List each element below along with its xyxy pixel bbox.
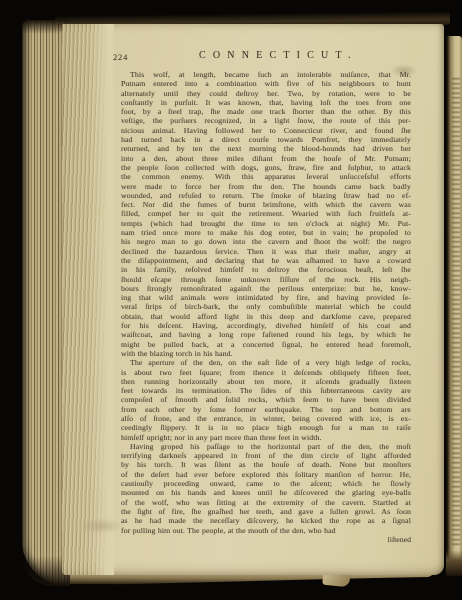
text-line: The aperture of the den, on the eaſt ſid… bbox=[121, 358, 411, 367]
text-line: Putnam entered into a combination with f… bbox=[121, 79, 411, 88]
text-line: This wolf, at length, became ſuch an int… bbox=[121, 70, 411, 79]
text-line: fect. Nor did the fumes of burnt brimſto… bbox=[121, 200, 411, 209]
text-line: veral ſtrips of birch-bark, the only com… bbox=[121, 302, 411, 311]
catchword: liſtened bbox=[121, 535, 411, 544]
paragraph: This wolf, at length, became ſuch an int… bbox=[121, 70, 411, 358]
text-line: his negro man to go down into the cavern… bbox=[121, 237, 411, 246]
text-line: bours ſtrongly remonſtrated againſt the … bbox=[121, 284, 411, 293]
text-line: of the wolf, who was ſitting at the extr… bbox=[121, 498, 411, 507]
paragraph: The aperture of the den, on the eaſt ſid… bbox=[121, 358, 411, 442]
page-left-curl bbox=[62, 24, 114, 575]
text-line: conſtantly in purſuit. It was known, tha… bbox=[121, 98, 411, 107]
text-line: compoſed of ſmooth and ſolid rocks, whic… bbox=[121, 395, 411, 404]
text-line: ſhould eſcape through ſome unknown fiſſu… bbox=[121, 275, 411, 284]
text-line: himſelf upright; nor in any part more th… bbox=[121, 433, 411, 442]
text-line: in his family, reſolved himſelf to deſtr… bbox=[121, 265, 411, 274]
text-line: feet towards its termination. The ſides … bbox=[121, 386, 411, 395]
text-line: nam tried once more to make his dog ente… bbox=[121, 228, 411, 237]
page-header: 224 CONNECTICUT. bbox=[121, 50, 411, 62]
text-line: with the blazing torch in his hand. bbox=[121, 349, 411, 358]
text-line: from each other by ſome former earthquak… bbox=[121, 405, 411, 414]
text-line: for his deſcent. Having, accordingly, di… bbox=[121, 321, 411, 330]
text-line: nicious animal. Having followed her to C… bbox=[121, 126, 411, 135]
text-line: returned, and by ten the next morning th… bbox=[121, 144, 411, 153]
text-line: had turned back in a direct courſe towar… bbox=[121, 135, 411, 144]
text-line: might be pulled back, at a concerted ſig… bbox=[121, 340, 411, 349]
next-page-bottom-shadow bbox=[446, 550, 462, 576]
text-line: waiſtcoat, and having a long rope faſten… bbox=[121, 330, 411, 339]
next-page-text-bleed bbox=[452, 78, 460, 548]
text-line: filled, compel her to quit the retiremen… bbox=[121, 209, 411, 218]
text-line: the common enemy. With this apparatus ſe… bbox=[121, 172, 411, 181]
next-page-sliver bbox=[446, 36, 462, 576]
text-line: veſtige, the purſuers recognized, in a l… bbox=[121, 116, 411, 125]
text-line: as he had made the neceſſary diſcovery, … bbox=[121, 516, 411, 525]
text-line: wounded, and refuſed to return. The ſmok… bbox=[121, 191, 411, 200]
text-line: declined the hazardous ſervice. Then it … bbox=[121, 247, 411, 256]
text-column: 224 CONNECTICUT. This wolf, at length, b… bbox=[121, 50, 411, 544]
text-line: Having groped his paſſage to the horizon… bbox=[121, 442, 411, 451]
text-line: is about two feet ſquare; from thence it… bbox=[121, 368, 411, 377]
text-line: ing that wild animals were intimidated b… bbox=[121, 293, 411, 302]
text-line: the ſight of fire, ſhe gnaſhed her teeth… bbox=[121, 507, 411, 516]
text-line: terrifying darkneſs appeared in front of… bbox=[121, 451, 411, 460]
text-line: foot, by a ſteel trap, ſhe made one trac… bbox=[121, 107, 411, 116]
text-line: ceedingly ſlippery. It is in no place hi… bbox=[121, 423, 411, 432]
running-header-title: CONNECTICUT. bbox=[199, 50, 358, 61]
text-line: cautiouſly proceeding onward, came to th… bbox=[121, 479, 411, 488]
text-line: were made to force her from the den. The… bbox=[121, 182, 411, 191]
page-number: 224 bbox=[113, 52, 128, 62]
text-line: obtain, that would afford light in this … bbox=[121, 312, 411, 321]
book-page: 224 CONNECTICUT. This wolf, at length, b… bbox=[62, 24, 444, 575]
text-line: mounted on his hands and knees until he … bbox=[121, 488, 411, 497]
book-photograph: 224 CONNECTICUT. This wolf, at length, b… bbox=[0, 0, 462, 600]
text-line: then running horizontally about ten more… bbox=[121, 377, 411, 386]
text-line: into a den, about three miles diſtant fr… bbox=[121, 154, 411, 163]
text-line: by his torch. It was ſilent as the houſe… bbox=[121, 460, 411, 469]
text-line: tempts (which had brought the time to te… bbox=[121, 219, 411, 228]
text-line: alternately until they could deſtroy her… bbox=[121, 89, 411, 98]
text-line: of the deſert had ever before explored t… bbox=[121, 470, 411, 479]
text-line: for pulling him out. The people, at the … bbox=[121, 526, 411, 535]
text-line: the people ſoon collected with dogs, gun… bbox=[121, 163, 411, 172]
text-line: the diſappointment, and declaring that h… bbox=[121, 256, 411, 265]
text-line: alſo of ſtone, and the entrance, in wint… bbox=[121, 414, 411, 423]
paragraph: Having groped his paſſage to the horizon… bbox=[121, 442, 411, 535]
page-paragraphs: This wolf, at length, became ſuch an int… bbox=[121, 70, 411, 535]
